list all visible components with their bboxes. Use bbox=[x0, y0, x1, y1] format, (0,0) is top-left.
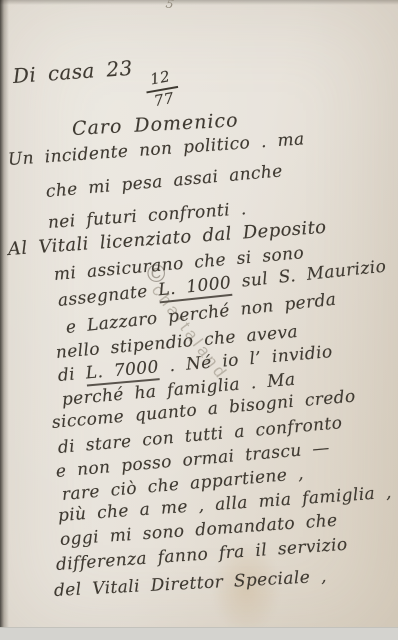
fraction-numerator: 12 bbox=[143, 68, 178, 93]
handwritten-letter-page: 5 © chartaland Di casa 231277 Caro Domen… bbox=[0, 0, 398, 640]
line-text: di bbox=[57, 364, 87, 386]
paper-top-edge bbox=[0, 0, 398, 5]
date-fraction: 1277 bbox=[143, 68, 181, 110]
letter-line: che mi pesa assai anche bbox=[45, 161, 283, 202]
paper-left-edge bbox=[0, 0, 9, 629]
line-text: che mi pesa assai anche bbox=[45, 161, 283, 202]
underlined-amount: L. 1000 bbox=[157, 273, 232, 304]
line-text: assegnate bbox=[57, 281, 159, 311]
pencil-mark: 5 bbox=[165, 0, 175, 12]
date-text: Di casa 23 bbox=[12, 56, 133, 88]
fraction-denominator: 77 bbox=[152, 89, 175, 110]
photo-bottom-band bbox=[0, 627, 398, 640]
date-line: Di casa 231277 bbox=[12, 53, 179, 119]
